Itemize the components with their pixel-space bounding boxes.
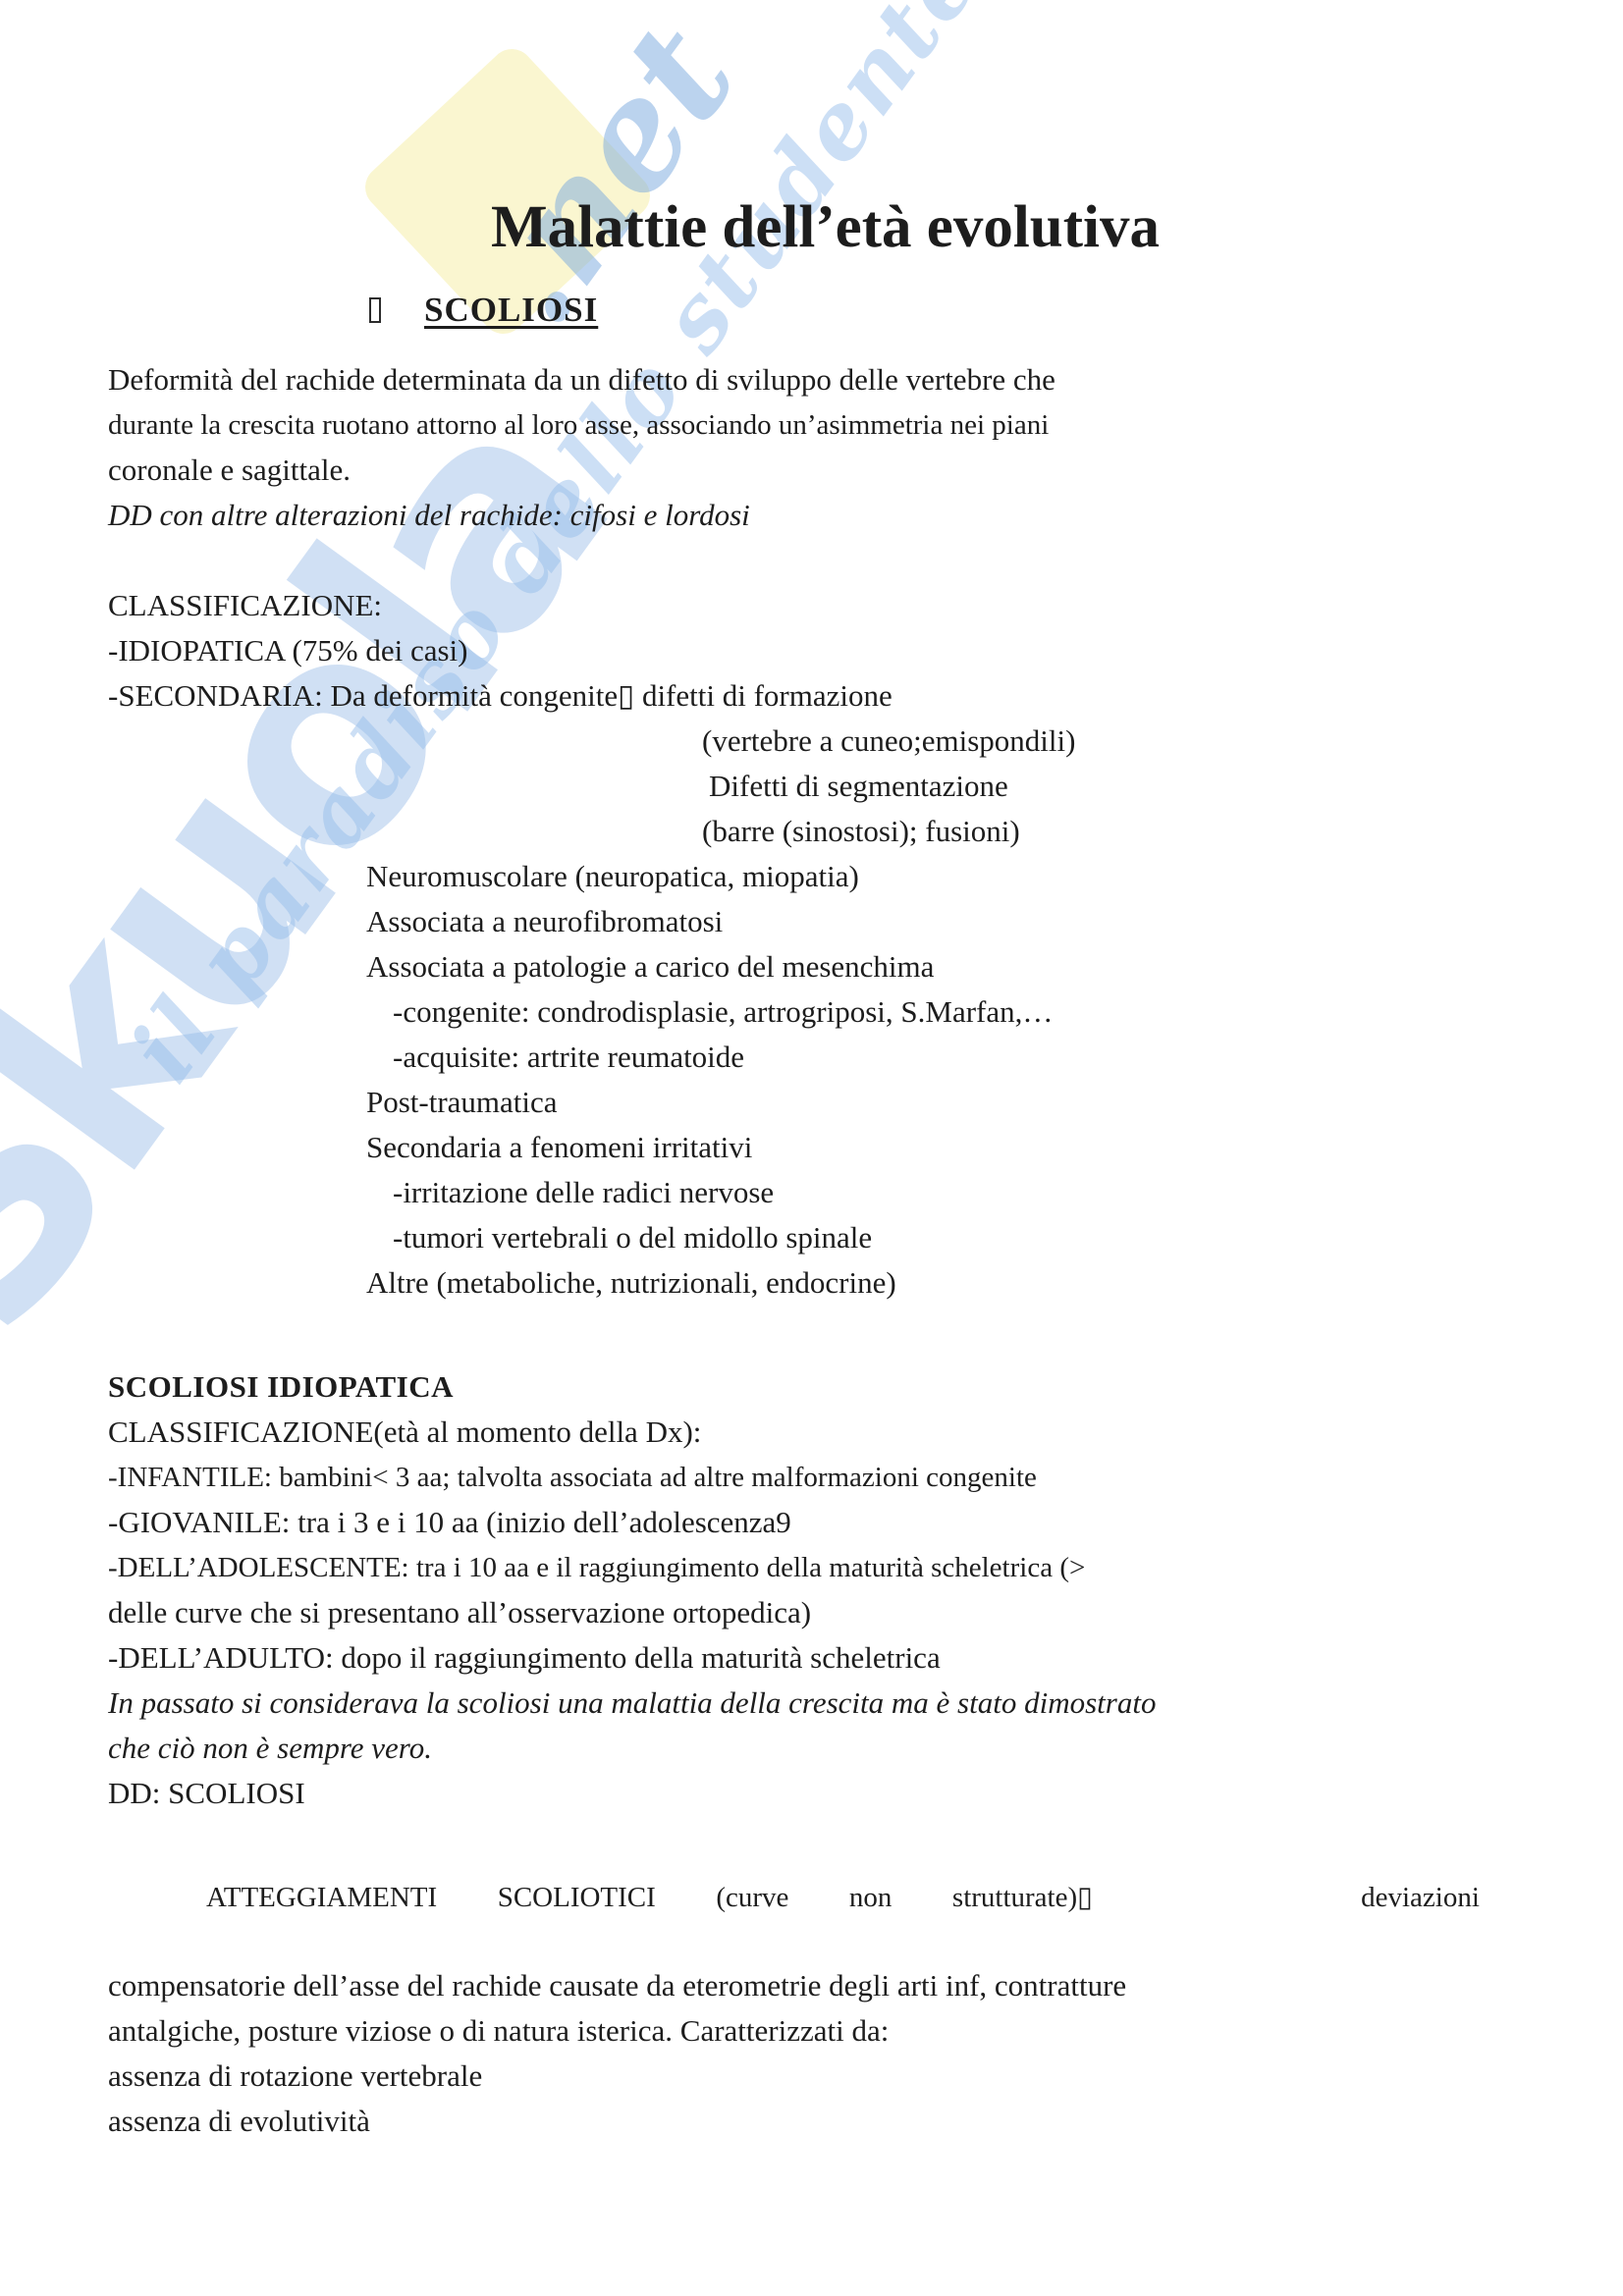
blank-line — [108, 1816, 1488, 1875]
text-line: Associata a patologie a carico del mesen… — [108, 944, 1488, 989]
justified-word: ATTEGGIAMENTI — [206, 1875, 437, 1920]
text-line: che ciò non è sempre vero. — [108, 1726, 1488, 1771]
text-line: DD con altre alterazioni del rachide: ci… — [108, 493, 1488, 538]
text-line: assenza di rotazione vertebrale — [108, 2054, 1488, 2099]
text-line: coronale e sagittale. — [108, 448, 1488, 493]
text-line: DD: SCOLIOSI — [108, 1771, 1488, 1816]
justified-word: (curve — [716, 1875, 788, 1920]
document-page: Skuola .net il paradiso dello studente M… — [0, 0, 1623, 2296]
text-line: Associata a neurofibromatosi — [108, 899, 1488, 944]
text-line: assenza di evolutività — [108, 2099, 1488, 2144]
text-line: Neuromuscolare (neuropatica, miopatia) — [108, 854, 1488, 899]
justified-word: non — [849, 1875, 893, 1920]
text-line: Post-traumatica — [108, 1080, 1488, 1125]
text-line: Difetti di segmentazione — [108, 764, 1488, 809]
blank-line — [108, 538, 1488, 583]
document-content: Malattie dell’età evolutiva SCOLIOSI Def… — [108, 0, 1488, 2144]
text-line: (vertebre a cuneo;emispondili) — [108, 719, 1488, 764]
section-heading: SCOLIOSI — [108, 287, 1488, 334]
text-line: -IDIOPATICA (75% dei casi) — [108, 628, 1488, 673]
text-line: In passato si considerava la scoliosi un… — [108, 1681, 1488, 1726]
text-line: antalgiche, posture viziose o di natura … — [108, 2008, 1488, 2054]
text-line: -congenite: condrodisplasie, artrogripos… — [108, 989, 1488, 1035]
justified-line: ATTEGGIAMENTI SCOLIOTICI (curve non stru… — [206, 1875, 1480, 1920]
missing-glyph-box — [369, 297, 381, 323]
justified-word: SCOLIOTICI — [498, 1875, 656, 1920]
text-line: durante la crescita ruotano attorno al l… — [108, 402, 1488, 448]
text-line: -INFANTILE: bambini< 3 aa; talvolta asso… — [108, 1455, 1488, 1500]
text-line: CLASSIFICAZIONE(età al momento della Dx)… — [108, 1410, 1488, 1455]
text-line: -DELL’ADULTO: dopo il raggiungimento del… — [108, 1635, 1488, 1681]
text-line: -irritazione delle radici nervose — [108, 1170, 1488, 1215]
text-line: compensatorie dell’asse del rachide caus… — [108, 1963, 1488, 2008]
text-line: -DELL’ADOLESCENTE: tra i 10 aa e il ragg… — [108, 1545, 1488, 1590]
justified-word: deviazioni — [1361, 1875, 1480, 1920]
text-line: -acquisite: artrite reumatoide — [108, 1035, 1488, 1080]
page-title: Malattie dell’età evolutiva — [135, 194, 1515, 261]
text-line: delle curve che si presentano all’osserv… — [108, 1590, 1488, 1635]
blank-line — [108, 1306, 1488, 1364]
text-line: -SECONDARIA: Da deformità congenite▯ dif… — [108, 673, 1488, 719]
justified-word: strutturate)▯ — [952, 1875, 1093, 1920]
text-line: -tumori vertebrali o del midollo spinale — [108, 1215, 1488, 1260]
text-line: Deformità del rachide determinata da un … — [108, 357, 1488, 402]
section-heading-label: SCOLIOSI — [424, 287, 598, 334]
text-line: -GIOVANILE: tra i 3 e i 10 aa (inizio de… — [108, 1500, 1488, 1545]
blank-line — [108, 1920, 1488, 1963]
text-line: CLASSIFICAZIONE: — [108, 583, 1488, 628]
text-line: Secondaria a fenomeni irritativi — [108, 1125, 1488, 1170]
text-line: SCOLIOSI IDIOPATICA — [108, 1364, 1488, 1410]
text-line: (barre (sinostosi); fusioni) — [108, 809, 1488, 854]
text-line: Altre (metaboliche, nutrizionali, endocr… — [108, 1260, 1488, 1306]
